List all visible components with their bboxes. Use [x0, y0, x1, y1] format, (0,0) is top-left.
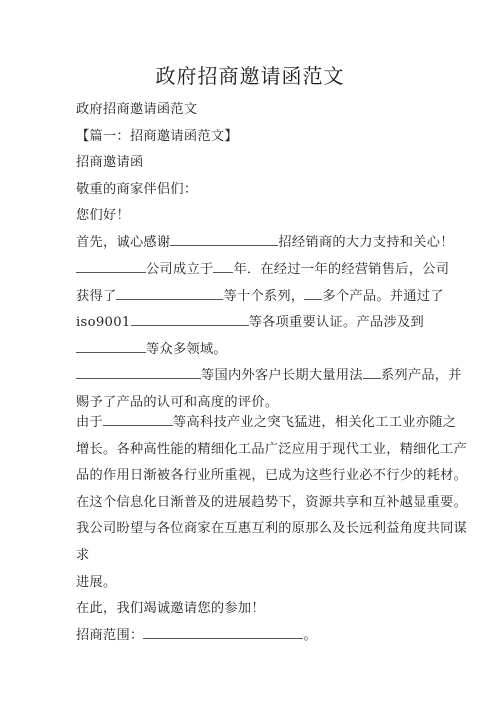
line-text: 品的作用日渐被各行业所重视，已成为这些行业必不行少的耗材。: [76, 468, 467, 483]
line-text: 年．在经过一年的经营销售后，公司: [233, 262, 449, 277]
fill-in-blank: [170, 234, 278, 246]
document-title: 政府招商邀请函范文: [0, 60, 500, 89]
line-text: 系列产品，并: [381, 368, 462, 383]
paragraph-line: 品的作用日渐被各行业所重视，已成为这些行业必不行少的耗材。: [76, 464, 467, 483]
line-text: 等国内外客户长期大量用法: [201, 368, 363, 383]
fill-in-blank: [76, 261, 146, 273]
line-text: 等十个系列，: [223, 289, 304, 304]
fill-in-blank: [304, 288, 322, 300]
line-text: 赐予了产品的认可和高度的评价。: [76, 395, 278, 410]
line-text: 增长。各种高性能的精细化工品广泛应用于现代工业，精细化工产: [76, 442, 467, 457]
document-page: 政府招商邀请函范文 政府招商邀请函范文【篇一：招商邀请函范文】招商邀请函敬重的商…: [0, 0, 500, 708]
fill-in-blank: [213, 261, 233, 273]
paragraph-line: 求: [76, 544, 90, 563]
line-text: 【篇一：招商邀请函范文】: [76, 129, 238, 144]
line-text: 首先，诚心感谢: [76, 235, 170, 250]
line-text: 等高科技产业之突飞猛进，相关化工工业亦随之: [173, 415, 456, 430]
line-text: 进展。: [76, 575, 116, 590]
fill-in-blank: [143, 627, 303, 639]
paragraph-line: 我公司盼望与各位商家在互惠互利的原那么及长远利益角度共同谋: [76, 517, 467, 536]
line-text: 。: [303, 628, 317, 643]
paragraph-line: 在这个信息化日渐普及的进展趋势下，资源共享和互补越显重要。: [76, 491, 467, 510]
paragraph-line: 招商邀请函: [76, 151, 143, 170]
paragraph-line: 增长。各种高性能的精细化工品广泛应用于现代工业，精细化工产: [76, 438, 467, 457]
line-text: 敬重的商家伴侣们：: [76, 182, 197, 197]
line-text: 您们好！: [76, 208, 130, 223]
line-text: 招商范围：: [76, 628, 143, 643]
line-text: 求: [76, 548, 90, 563]
line-text: 我公司盼望与各位商家在互惠互利的原那么及长远利益角度共同谋: [76, 521, 467, 536]
paragraph-line: iso9001等各项重要认证。产品涉及到: [76, 311, 424, 330]
paragraph-line: 获得了等十个系列，多个产品。并通过了: [76, 285, 444, 304]
line-text: 政府招商邀请函范文: [76, 102, 197, 117]
paragraph-line: 您们好！: [76, 204, 130, 223]
line-text: 等众多领域。: [146, 342, 227, 357]
line-text: 等各项重要认证。产品涉及到: [249, 315, 424, 330]
line-text: 在这个信息化日渐普及的进展趋势下，资源共享和互补越显重要。: [76, 495, 467, 510]
line-text: 公司成立于: [146, 262, 213, 277]
fill-in-blank: [131, 314, 249, 326]
line-text: 招商邀请函: [76, 155, 143, 170]
fill-in-blank: [76, 341, 146, 353]
line-text: 多个产品。并通过了: [322, 289, 443, 304]
fill-in-blank: [363, 367, 381, 379]
line-text: 招经销商的大力支持和关心！: [278, 235, 453, 250]
paragraph-line: 赐予了产品的认可和高度的评价。: [76, 391, 278, 410]
paragraph-line: 政府招商邀请函范文: [76, 98, 197, 117]
paragraph-line: 等国内外客户长期大量用法系列产品，并: [76, 364, 462, 383]
fill-in-blank: [103, 414, 173, 426]
paragraph-line: 由于等高科技产业之突飞猛进，相关化工工业亦随之: [76, 411, 456, 430]
paragraph-line: 公司成立于年．在经过一年的经营销售后，公司: [76, 258, 449, 277]
line-text: iso9001: [76, 315, 131, 330]
line-text: 获得了: [76, 289, 116, 304]
fill-in-blank: [76, 367, 201, 379]
paragraph-line: 等众多领域。: [76, 338, 227, 357]
paragraph-line: 敬重的商家伴侣们：: [76, 178, 197, 197]
line-text: 由于: [76, 415, 103, 430]
paragraph-line: 招商范围：。: [76, 624, 317, 643]
paragraph-line: 进展。: [76, 571, 116, 590]
paragraph-line: 在此，我们竭诚邀请您的参加！: [76, 597, 265, 616]
paragraph-line: 首先，诚心感谢招经销商的大力支持和关心！: [76, 231, 454, 250]
line-text: 在此，我们竭诚邀请您的参加！: [76, 601, 265, 616]
paragraph-line: 【篇一：招商邀请函范文】: [76, 125, 238, 144]
fill-in-blank: [116, 288, 223, 300]
